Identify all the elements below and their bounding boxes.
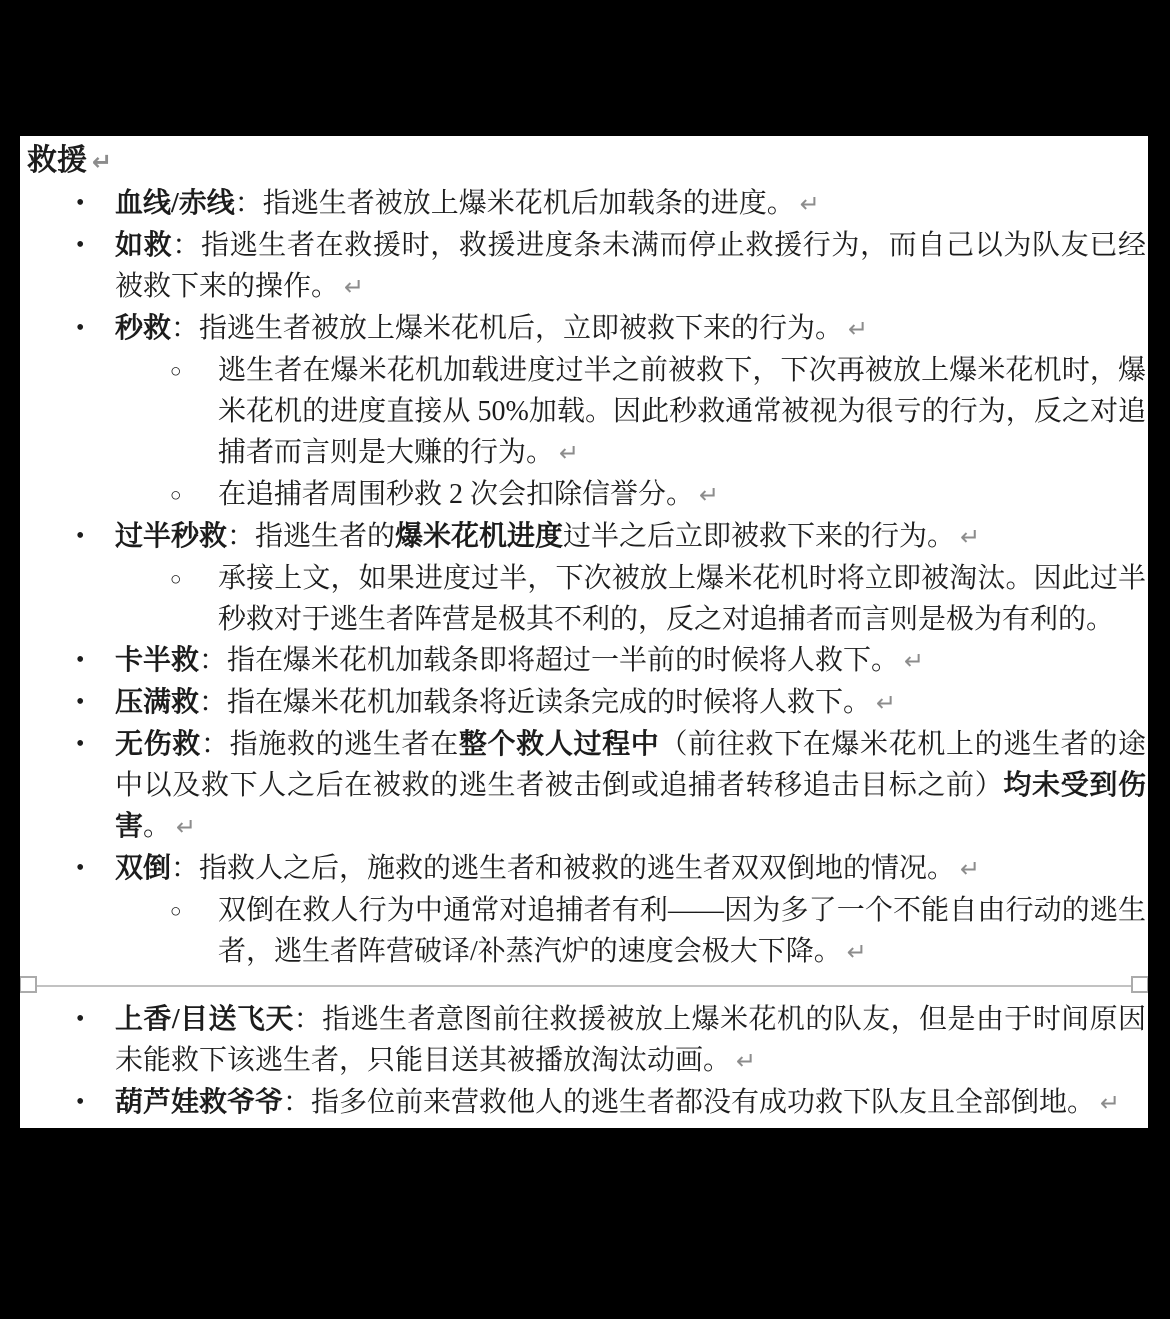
term-text: 爆米花机进度 (395, 521, 563, 552)
body-text: 逃生者在爆米花机加载进度过半之前被救下，下次再被放上爆米花机时，爆米花机的进度直… (218, 355, 1146, 468)
body-text: 在追捕者周围秒救 2 次会扣除信誉分。 (218, 479, 694, 510)
body-text: ：指在爆米花机加载条即将超过一半前的时候将人救下。 (199, 645, 899, 676)
body-text: ：指多位前来营救他人的逃生者都没有成功救下队友且全部倒地。 (283, 1087, 1095, 1118)
body-text: ：指逃生者被放上爆米花机后，立即被救下来的行为。 (171, 313, 843, 344)
paragraph-mark-icon: ↵ (960, 855, 980, 883)
bullet-icon: • (76, 682, 84, 723)
paragraph-mark-icon: ↵ (344, 273, 364, 301)
term-text: 上香/目送飞天 (115, 1004, 294, 1035)
sub-list-item: ○逃生者在爆米花机加载进度过半之前被救下，下次再被放上爆米花机时，爆米花机的进度… (20, 350, 1148, 474)
bullet-list: •血线/赤线：指逃生者被放上爆米花机后加载条的进度。↵•如救：指逃生者在救援时，… (20, 183, 1148, 1128)
body-text: ：指逃生者在救援时，救援进度条未满而停止救援行为，而自己以为队友已经被救下来的操… (115, 230, 1146, 302)
section-heading-text: 救援 (27, 144, 87, 177)
body-text: 。 (143, 811, 171, 842)
term-text: 过半秒救 (115, 521, 227, 552)
paragraph-mark-icon: ↵ (960, 523, 980, 551)
bullet-icon: • (76, 848, 84, 889)
bullet-icon: • (76, 724, 84, 765)
body-text: ：指逃生者的 (227, 521, 395, 552)
paragraph-mark-icon: ↵ (876, 689, 896, 717)
body-text: 过半之后立即被救下来的行为。 (563, 521, 955, 552)
bullet-icon: • (76, 516, 84, 557)
paragraph-mark-icon: ↵ (736, 1047, 756, 1075)
paragraph-mark-icon: ↵ (699, 481, 719, 509)
body-text: 承接上文，如果进度过半，下次被放上爆米花机时将立即被淘汰。因此过半秒救对于逃生者… (218, 563, 1146, 635)
term-text: 卡半救 (115, 645, 199, 676)
page-break-marker-right (1131, 976, 1148, 993)
paragraph-mark-icon: ↵ (800, 190, 820, 218)
list-item: •葫芦娃救爷爷：指多位前来营救他人的逃生者都没有成功救下队友且全部倒地。↵ (20, 1082, 1148, 1124)
term-text: 无伤救 (115, 729, 201, 760)
hollow-bullet-icon: ○ (170, 351, 181, 392)
term-text: 秒救 (115, 313, 171, 344)
screen-background: 救援↵ •血线/赤线：指逃生者被放上爆米花机后加载条的进度。↵•如救：指逃生者在… (0, 0, 1170, 1319)
section-heading: 牵制↵ (20, 1124, 1148, 1128)
paragraph-mark-icon: ↵ (92, 148, 112, 176)
sub-list-item: ○承接上文，如果进度过半，下次被放上爆米花机时将立即被淘汰。因此过半秒救对于逃生… (20, 558, 1148, 640)
list-item: •秒救：指逃生者被放上爆米花机后，立即被救下来的行为。↵ (20, 308, 1148, 350)
list-item: •双倒：指救人之后，施救的逃生者和被救的逃生者双双倒地的情况。↵ (20, 848, 1148, 890)
bullet-icon: • (76, 999, 84, 1040)
paragraph-mark-icon: ↵ (904, 647, 924, 675)
bullet-icon: • (76, 640, 84, 681)
paragraph-mark-icon: ↵ (848, 315, 868, 343)
list-item: •卡半救：指在爆米花机加载条即将超过一半前的时候将人救下。↵ (20, 640, 1148, 682)
bullet-icon: • (76, 308, 84, 349)
term-text: 血线/赤线 (115, 188, 235, 219)
term-text: 葫芦娃救爷爷 (115, 1087, 283, 1118)
hollow-bullet-icon: ○ (170, 475, 181, 516)
bullet-icon: • (76, 183, 84, 224)
list-item: •压满救：指在爆米花机加载条将近读条完成的时候将人救下。↵ (20, 682, 1148, 724)
paragraph-mark-icon: ↵ (176, 813, 196, 841)
term-text: 如救 (115, 230, 172, 261)
document-page[interactable]: 救援↵ •血线/赤线：指逃生者被放上爆米花机后加载条的进度。↵•如救：指逃生者在… (20, 136, 1148, 1128)
list-item: •无伤救：指施救的逃生者在整个救人过程中（前往救下在爆米花机上的逃生者的途中以及… (20, 724, 1148, 848)
term-text: 双倒 (115, 853, 171, 884)
page-break-marker-left (20, 976, 37, 993)
hollow-bullet-icon: ○ (170, 559, 181, 600)
body-text: 双倒在救人行为中通常对追捕者有利——因为多了一个不能自由行动的逃生者，逃生者阵营… (218, 895, 1146, 967)
sub-list-item: ○双倒在救人行为中通常对追捕者有利——因为多了一个不能自由行动的逃生者，逃生者阵… (20, 890, 1148, 973)
page-break-line (20, 985, 1148, 987)
list-item: •如救：指逃生者在救援时，救援进度条未满而停止救援行为，而自己以为队友已经被救下… (20, 225, 1148, 308)
body-text: ：指在爆米花机加载条将近读条完成的时候将人救下。 (199, 687, 871, 718)
hollow-bullet-icon: ○ (170, 891, 181, 932)
bullet-icon: • (76, 225, 84, 266)
page-break-divider (20, 973, 1148, 999)
paragraph-mark-icon: ↵ (847, 938, 867, 966)
paragraph-mark-icon: ↵ (559, 439, 579, 467)
sub-list-item: ○在追捕者周围秒救 2 次会扣除信誉分。↵ (20, 474, 1148, 516)
list-item: •血线/赤线：指逃生者被放上爆米花机后加载条的进度。↵ (20, 183, 1148, 225)
paragraph-mark-icon: ↵ (1100, 1089, 1120, 1117)
term-text: 压满救 (115, 687, 199, 718)
section-heading: 救援↵ (20, 140, 1148, 183)
body-text: ：指逃生者被放上爆米花机后加载条的进度。 (235, 188, 795, 219)
bullet-icon: • (76, 1082, 84, 1123)
list-item: •过半秒救：指逃生者的爆米花机进度过半之后立即被救下来的行为。↵ (20, 516, 1148, 558)
body-text: ：指施救的逃生者在 (201, 729, 459, 760)
body-text: ：指救人之后，施救的逃生者和被救的逃生者双双倒地的情况。 (171, 853, 955, 884)
term-text: 整个救人过程中 (459, 729, 660, 760)
list-item: •上香/目送飞天：指逃生者意图前往救援被放上爆米花机的队友，但是由于时间原因未能… (20, 999, 1148, 1082)
